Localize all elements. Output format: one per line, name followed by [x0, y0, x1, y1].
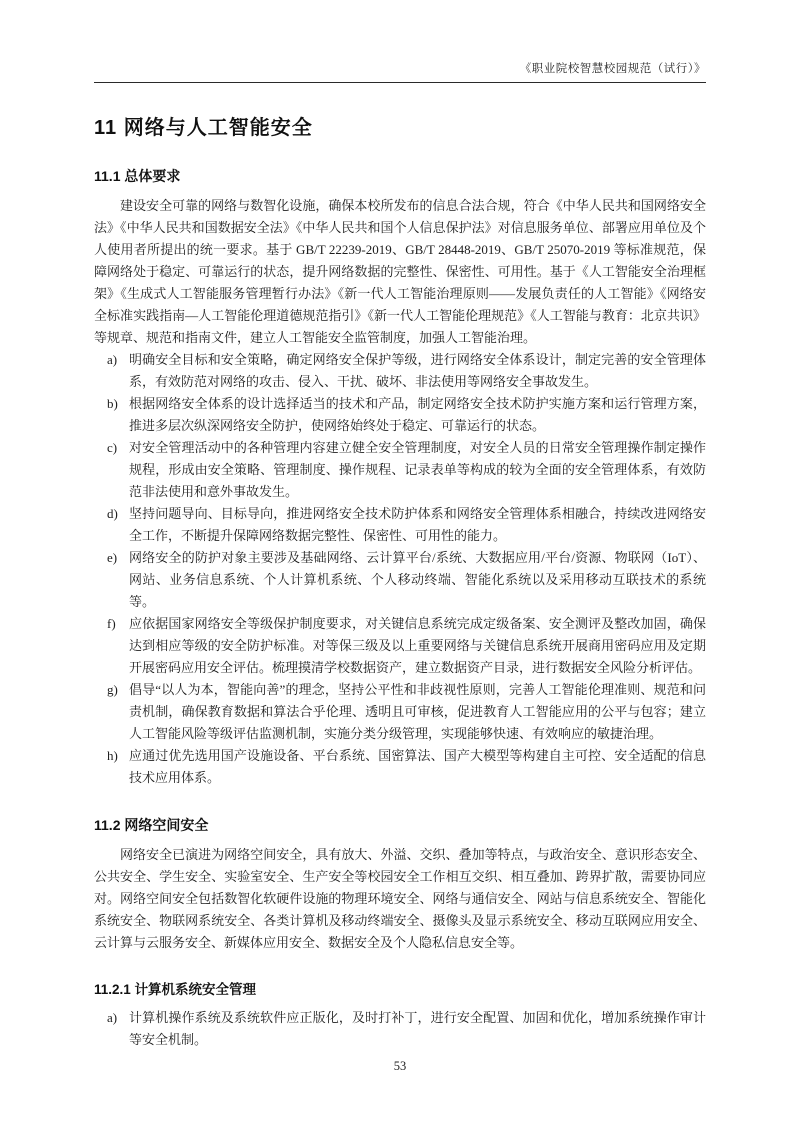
list-item-text: 应通过优先选用国产设施设备、平台系统、国密算法、国产大模型等构建自主可控、安全适…: [129, 745, 706, 789]
list-item-c: c) 对安全管理活动中的各种管理内容建立健全安全管理制度，对安全人员的日常安全管…: [94, 437, 706, 503]
section-11-2-1-item-list: a) 计算机操作系统及系统软件应正版化，及时打补丁，进行安全配置、加固和优化，增…: [94, 1007, 706, 1051]
list-item-text: 计算机操作系统及系统软件应正版化，及时打补丁，进行安全配置、加固和优化，增加系统…: [129, 1007, 706, 1051]
section-11-2-intro-paragraph: 网络安全已演进为网络空间安全，具有放大、外溢、交织、叠加等特点，与政治安全、意识…: [94, 844, 706, 954]
list-item-text: 对安全管理活动中的各种管理内容建立健全安全管理制度，对安全人员的日常安全管理操作…: [129, 437, 706, 503]
list-item-h: h) 应通过优先选用国产设施设备、平台系统、国密算法、国产大模型等构建自主可控、…: [94, 745, 706, 789]
list-item-text: 根据网络安全体系的设计选择适当的技术和产品，制定网络安全技术防护实施方案和运行管…: [129, 393, 706, 437]
list-item-e: e) 网络安全的防护对象主要涉及基础网络、云计算平台/系统、大数据应用/平台/资…: [94, 547, 706, 613]
list-item-label: c): [107, 437, 129, 503]
document-page: 《职业院校智慧校园规范（试行）》 11 网络与人工智能安全 11.1 总体要求 …: [0, 0, 800, 1131]
page-number: 53: [0, 1059, 800, 1074]
list-item-d: d) 坚持问题导向、目标导向，推进网络安全技术防护体系和网络安全管理体系相融合，…: [94, 503, 706, 547]
list-item-label: a): [107, 1007, 129, 1051]
list-item-label: e): [107, 547, 129, 613]
running-header-title: 《职业院校智慧校园规范（试行）》: [94, 0, 706, 76]
list-item-a: a) 计算机操作系统及系统软件应正版化，及时打补丁，进行安全配置、加固和优化，增…: [94, 1007, 706, 1051]
list-item-text: 网络安全的防护对象主要涉及基础网络、云计算平台/系统、大数据应用/平台/资源、物…: [129, 547, 706, 613]
list-item-label: g): [107, 679, 129, 745]
section-11-1-item-list: a) 明确安全目标和安全策略，确定网络安全保护等级，进行网络安全体系设计，制定完…: [94, 349, 706, 789]
list-item-label: f): [107, 613, 129, 679]
section-heading-11-1: 11.1 总体要求: [94, 166, 706, 186]
list-item-label: a): [107, 349, 129, 393]
list-item-text: 应依据国家网络安全等级保护制度要求，对关键信息系统完成定级备案、安全测评及整改加…: [129, 613, 706, 679]
list-item-label: b): [107, 393, 129, 437]
list-item-text: 倡导“以人为本，智能向善”的理念，坚持公平性和非歧视性原则，完善人工智能伦理准则…: [129, 679, 706, 745]
list-item-label: h): [107, 745, 129, 789]
list-item-text: 明确安全目标和安全策略，确定网络安全保护等级，进行网络安全体系设计，制定完善的安…: [129, 349, 706, 393]
list-item-b: b) 根据网络安全体系的设计选择适当的技术和产品，制定网络安全技术防护实施方案和…: [94, 393, 706, 437]
section-11-1-intro-paragraph: 建设安全可靠的网络与数智化设施，确保本校所发布的信息合法合规，符合《中华人民共和…: [94, 195, 706, 349]
list-item-text: 坚持问题导向、目标导向，推进网络安全技术防护体系和网络安全管理体系相融合，持续改…: [129, 503, 706, 547]
section-heading-11-2: 11.2 网络空间安全: [94, 815, 706, 835]
list-item-f: f) 应依据国家网络安全等级保护制度要求，对关键信息系统完成定级备案、安全测评及…: [94, 613, 706, 679]
list-item-a: a) 明确安全目标和安全策略，确定网络安全保护等级，进行网络安全体系设计，制定完…: [94, 349, 706, 393]
list-item-g: g) 倡导“以人为本，智能向善”的理念，坚持公平性和非歧视性原则，完善人工智能伦…: [94, 679, 706, 745]
section-heading-11-2-1: 11.2.1 计算机系统安全管理: [94, 978, 706, 998]
header-divider: [94, 82, 706, 83]
chapter-title: 11 网络与人工智能安全: [94, 111, 706, 140]
list-item-label: d): [107, 503, 129, 547]
